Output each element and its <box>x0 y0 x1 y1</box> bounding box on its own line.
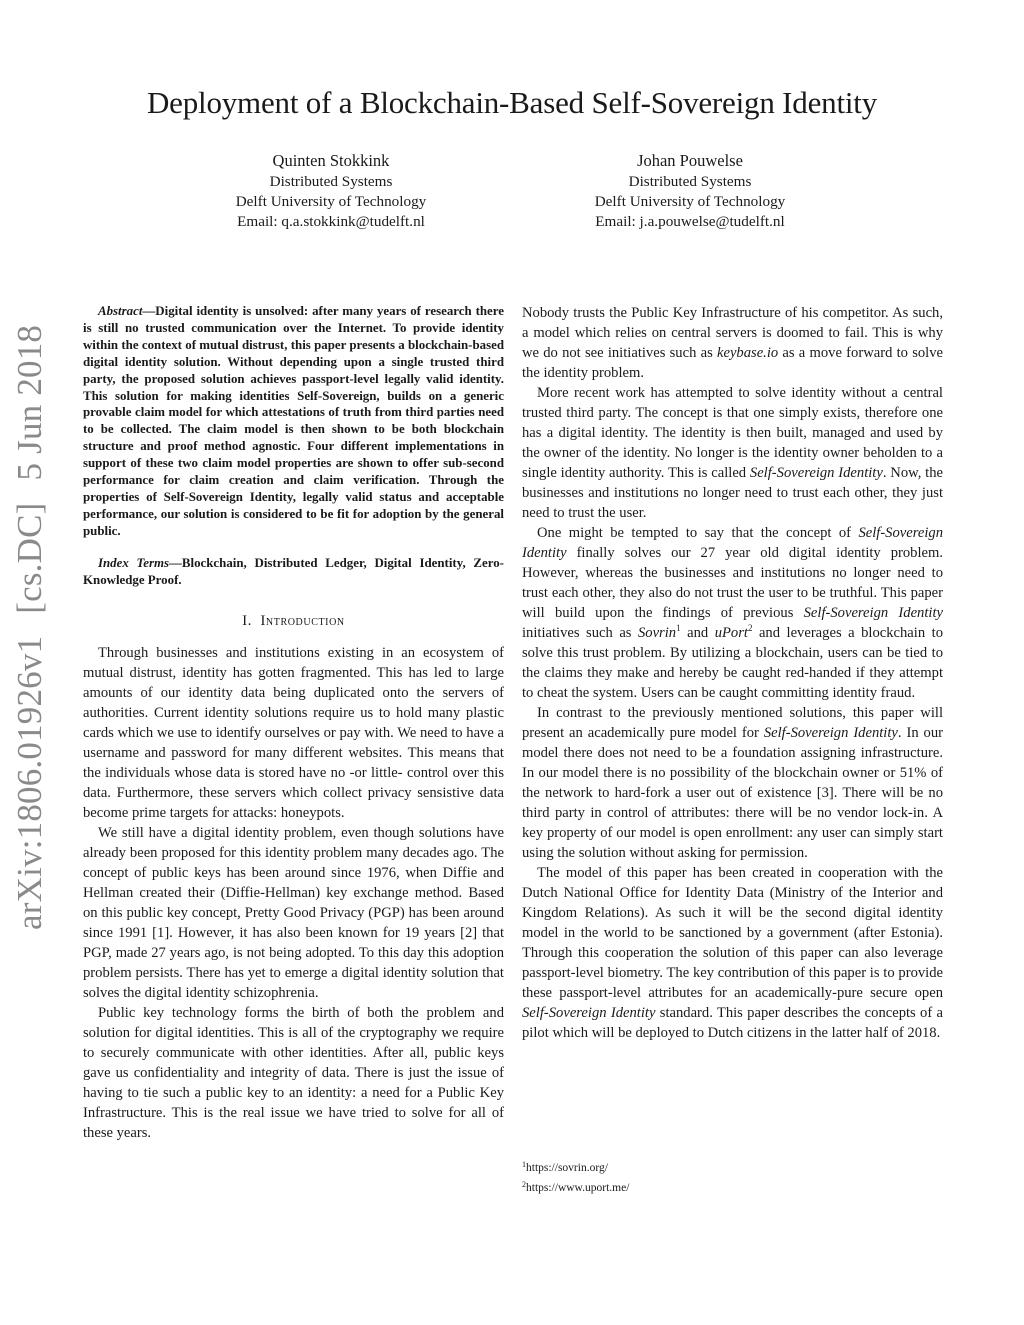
footnote-2: 2https://www.uport.me/ <box>522 1179 822 1199</box>
text-run: The model of this paper has been created… <box>522 865 943 1001</box>
author-name: Quinten Stokkink <box>171 150 491 172</box>
text-run: initiatives such as <box>522 625 638 641</box>
author-institution: Delft University of Technology <box>530 192 850 212</box>
emphasis-ssi: Self-Sovereign Identity <box>804 605 943 621</box>
section-title: Introduction <box>260 613 344 629</box>
intro-paragraph-6: One might be tempted to say that the con… <box>522 523 943 703</box>
intro-paragraph-5: More recent work has attempted to solve … <box>522 383 943 523</box>
abstract-text: Digital identity is unsolved: after many… <box>83 304 504 538</box>
footnotes: 1https://sovrin.org/ 2https://www.uport.… <box>522 1159 822 1198</box>
author-name: Johan Pouwelse <box>530 150 850 172</box>
author-department: Distributed Systems <box>171 172 491 192</box>
intro-paragraph-8: The model of this paper has been created… <box>522 863 943 1043</box>
text-run: One might be tempted to say that the con… <box>537 525 858 541</box>
index-terms-dash: — <box>169 556 182 570</box>
arxiv-stamp: arXiv:1806.01926v1[cs.DC]5 Jun 2018 <box>8 350 52 930</box>
intro-paragraph-3: Public key technology forms the birth of… <box>83 1003 504 1143</box>
arxiv-id: arXiv:1806.01926v1 <box>10 636 49 930</box>
abstract-label: Abstract <box>98 304 142 318</box>
emphasis-ssi: Self-Sovereign Identity <box>522 1005 655 1021</box>
paper-title: Deployment of a Blockchain-Based Self-So… <box>0 83 1024 123</box>
author-block-1: Quinten Stokkink Distributed Systems Del… <box>171 150 491 232</box>
right-column: Nobody trusts the Public Key Infrastruct… <box>522 303 943 1043</box>
index-terms: Index Terms—Blockchain, Distributed Ledg… <box>83 555 504 589</box>
intro-paragraph-4: Nobody trusts the Public Key Infrastruct… <box>522 303 943 383</box>
section-number: I. <box>242 613 252 629</box>
footnote-1: 1https://sovrin.org/ <box>522 1159 822 1179</box>
text-run: and <box>681 625 715 641</box>
arxiv-date: 5 Jun 2018 <box>10 325 49 481</box>
author-department: Distributed Systems <box>530 172 850 192</box>
emphasis-sovrin: Sovrin <box>638 625 676 641</box>
author-email: Email: j.a.pouwelse@tudelft.nl <box>530 212 850 232</box>
section-heading-introduction: I. Introduction <box>83 611 504 631</box>
emphasis-keybase: keybase.io <box>717 345 778 361</box>
text-run: . In our model there does not need to be… <box>522 725 943 861</box>
emphasis-ssi: Self-Sovereign Identity <box>764 725 898 741</box>
index-terms-label: Index Terms <box>98 556 169 570</box>
left-column: Abstract—Digital identity is unsolved: a… <box>83 303 504 1143</box>
abstract-dash: — <box>142 304 155 318</box>
footnote-link-uport[interactable]: https://www.uport.me/ <box>526 1182 629 1194</box>
intro-paragraph-7: In contrast to the previously mentioned … <box>522 703 943 863</box>
author-institution: Delft University of Technology <box>171 192 491 212</box>
abstract: Abstract—Digital identity is unsolved: a… <box>83 303 504 540</box>
author-email: Email: q.a.stokkink@tudelft.nl <box>171 212 491 232</box>
intro-paragraph-1: Through businesses and institutions exis… <box>83 643 504 823</box>
arxiv-category: [cs.DC] <box>10 502 49 613</box>
emphasis-ssi: Self-Sovereign Identity <box>750 465 883 481</box>
footnote-link-sovrin[interactable]: https://sovrin.org/ <box>526 1162 608 1174</box>
emphasis-uport: uPort <box>715 625 748 641</box>
author-block-2: Johan Pouwelse Distributed Systems Delft… <box>530 150 850 232</box>
intro-paragraph-2: We still have a digital identity problem… <box>83 823 504 1003</box>
